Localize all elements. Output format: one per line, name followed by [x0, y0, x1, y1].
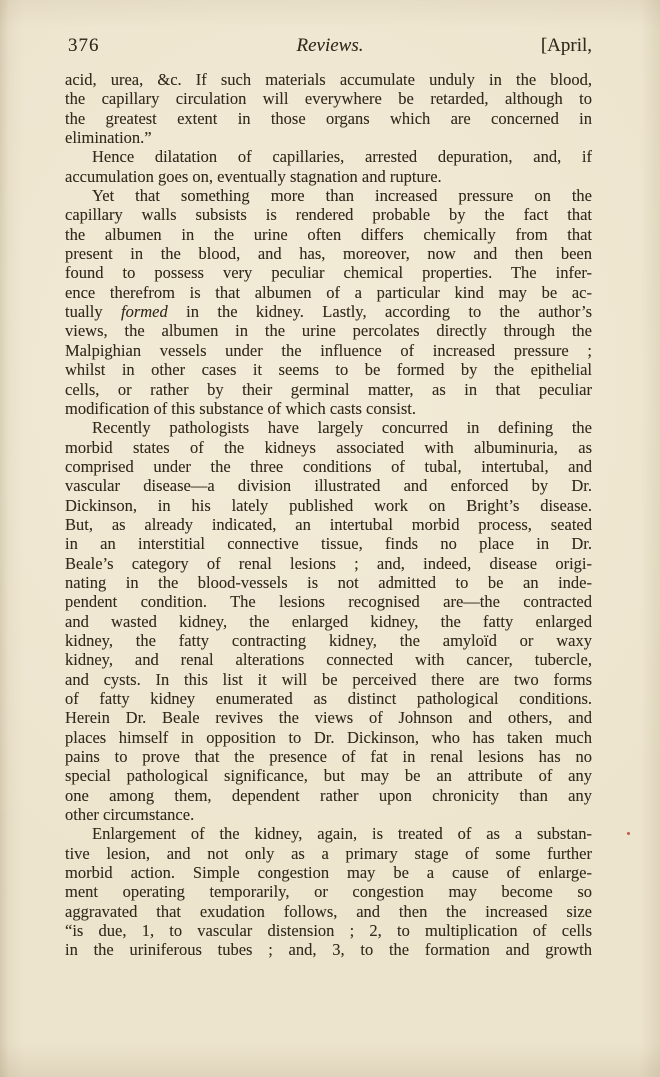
text-line: pendent condition. The lesions recognise… [65, 592, 592, 611]
text-line: Recently pathologists have largely concu… [65, 418, 592, 437]
text-line: the albumen in the urine often differs c… [65, 225, 592, 244]
scanned-book-page: 376 Reviews. [April, acid, urea, &c. If … [0, 0, 660, 1077]
paragraph: Yet that something more than increased p… [65, 186, 592, 418]
text-line: morbid action. Simple congestion may be … [65, 863, 592, 882]
text-line: aggravated that exudation follows, and t… [65, 902, 592, 921]
text-line: whilst in other cases it seems to be for… [65, 360, 592, 379]
text-line: Dickinson, in his lately published work … [65, 496, 592, 515]
text-line: Enlargement of the kidney, again, is tre… [65, 824, 592, 843]
text-line: accumulation goes on, eventually stagnat… [65, 167, 592, 186]
running-title: Reviews. [243, 35, 418, 57]
text-line: Yet that something more than increased p… [65, 186, 592, 205]
text-line: But, as already indicated, an intertubal… [65, 515, 592, 534]
text-line: the capillary circulation will everywher… [65, 89, 592, 108]
text-line: ence therefrom is that albumen of a part… [65, 283, 592, 302]
text-line: the greatest extent in those organs whic… [65, 109, 592, 128]
text-line: kidney, the fatty contracting kidney, th… [65, 631, 592, 650]
text-line: Beale’s category of renal lesions ; and,… [65, 554, 592, 573]
text-line: elimination.” [65, 128, 592, 147]
text-line: cells, or rather by their germinal matte… [65, 380, 592, 399]
text-line: and cysts. In this list it will be perce… [65, 670, 592, 689]
paragraph: Enlargement of the kidney, again, is tre… [65, 824, 592, 959]
text-line: morbid states of the kidneys associated … [65, 438, 592, 457]
text-line: in an interstitial connective tissue, fi… [65, 534, 592, 553]
paragraph: Recently pathologists have largely concu… [65, 418, 592, 824]
text-line: modification of this substance of which … [65, 399, 592, 418]
paragraph: acid, urea, &c. If such materials accumu… [65, 70, 592, 147]
text-line: tive lesion, and not only as a primary s… [65, 844, 592, 863]
text-line: other circumstance. [65, 805, 592, 824]
text-line: pains to prove that the presence of fat … [65, 747, 592, 766]
page-number: 376 [68, 35, 243, 57]
page-header: 376 Reviews. [April, [68, 35, 592, 57]
text-line: places himself in opposition to Dr. Dick… [65, 728, 592, 747]
text-line: vascular disease—a division illustrated … [65, 476, 592, 495]
text-line: Herein Dr. Beale revives the views of Jo… [65, 708, 592, 727]
text-line: ment operating temporarily, or congestio… [65, 882, 592, 901]
text-line: capillary walls subsists is rendered pro… [65, 205, 592, 224]
text-line: nating in the blood-vessels is not admit… [65, 573, 592, 592]
paragraph: Hence dilatation of capillaries, arreste… [65, 147, 592, 186]
text-line: tually formed in the kidney. Lastly, acc… [65, 302, 592, 321]
ink-speck [627, 832, 630, 835]
text-line: kidney, and renal alterations connected … [65, 650, 592, 669]
body-text: acid, urea, &c. If such materials accumu… [65, 70, 592, 960]
text-line: and wasted kidney, the enlarged kidney, … [65, 612, 592, 631]
text-line: special pathological significance, but m… [65, 766, 592, 785]
text-line: one among them, dependent rather upon ch… [65, 786, 592, 805]
text-line: of fatty kidney enumerated as distinct p… [65, 689, 592, 708]
text-line: “is due, 1, to vascular distension ; 2, … [65, 921, 592, 940]
issue-date: [April, [417, 35, 592, 57]
text-line: present in the blood, and has, moreover,… [65, 244, 592, 263]
text-line: in the uriniferous tubes ; and, 3, to th… [65, 940, 592, 959]
text-line: found to possess very peculiar chemical … [65, 263, 592, 282]
text-line: views, the albumen in the urine percolat… [65, 321, 592, 340]
text-line: Malpighian vessels under the influence o… [65, 341, 592, 360]
text-line: Hence dilatation of capillaries, arreste… [65, 147, 592, 166]
text-line: comprised under the three conditions of … [65, 457, 592, 476]
text-line: acid, urea, &c. If such materials accumu… [65, 70, 592, 89]
